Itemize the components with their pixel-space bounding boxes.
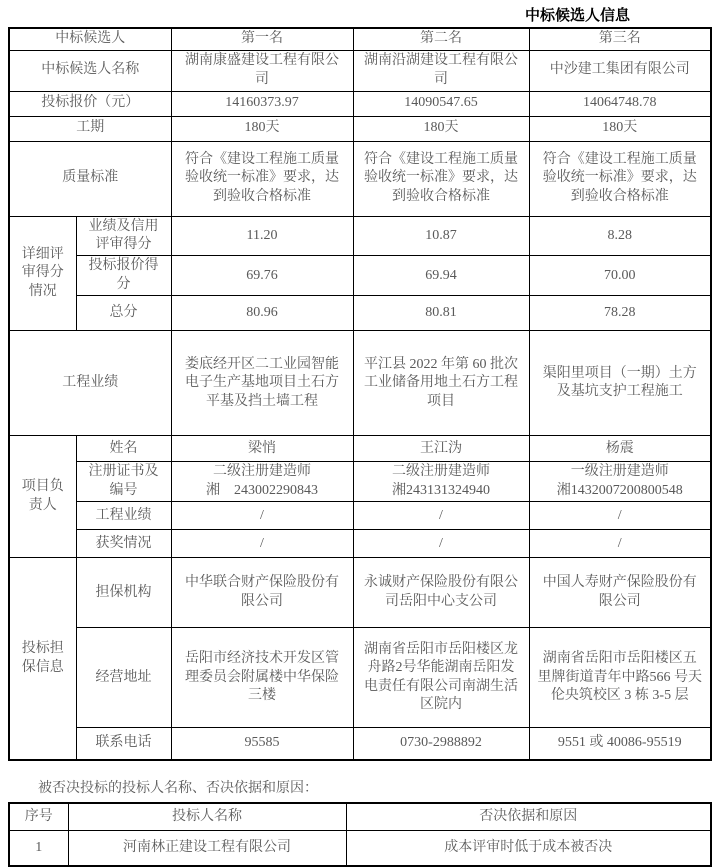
cell-value: 10.87: [353, 216, 529, 256]
cell-value: 平江县 2022 年第 60 批次工业储备用地土石方工程项目: [353, 331, 529, 436]
rank-header-2: 第二名: [353, 28, 529, 50]
corner-label: 中标候选人: [9, 28, 171, 50]
table-row: 工期 180天 180天 180天: [9, 116, 711, 141]
cell-value: 8.28: [529, 216, 711, 256]
table-row: 注册证书及编号 二级注册建造师 湘 243002290843 二级注册建造师 湘…: [9, 462, 711, 502]
row-label: 投标报价（元）: [9, 91, 171, 116]
table-row: 经营地址 岳阳市经济技术开发区管理委员会附属楼中华保险三楼 湖南省岳阳市岳阳楼区…: [9, 628, 711, 728]
row-label: 获奖情况: [76, 530, 171, 558]
cell-value: 70.00: [529, 256, 711, 296]
row-label: 工期: [9, 116, 171, 141]
cell-value: 中沙建工集团有限公司: [529, 50, 711, 91]
cell-value: 9551 或 40086-95519: [529, 728, 711, 760]
cell-seq: 1: [9, 831, 68, 866]
cell-value: 渠阳里项目（一期）土方及基坑支护工程施工: [529, 331, 711, 436]
cell-value: 中国人寿财产保险股份有限公司: [529, 558, 711, 628]
table-row: 中标候选人 第一名 第二名 第三名: [9, 28, 711, 50]
table-row: 获奖情况 / / /: [9, 530, 711, 558]
cell-value: 一级注册建造师 湘1432007200800548: [529, 462, 711, 502]
cell-value: 78.28: [529, 296, 711, 331]
table-row: 质量标准 符合《建设工程施工质量验收统一标准》要求，达到验收合格标准 符合《建设…: [9, 141, 711, 216]
row-label: 质量标准: [9, 141, 171, 216]
cell-value: 中华联合财产保险股份有限公司: [171, 558, 353, 628]
row-label: 担保机构: [76, 558, 171, 628]
section-label-scores: 详细评审得分情况: [9, 216, 76, 331]
cell-value: 95585: [171, 728, 353, 760]
cell-value: 80.81: [353, 296, 529, 331]
row-label: 业绩及信用评审得分: [76, 216, 171, 256]
table-row: 总分 80.96 80.81 78.28: [9, 296, 711, 331]
cell-value: /: [353, 530, 529, 558]
rank-header-1: 第一名: [171, 28, 353, 50]
cell-value: 湖南省岳阳市岳阳楼区龙舟路2号华能湖南岳阳发电责任有限公司南湖生活区院内: [353, 628, 529, 728]
cell-value: 180天: [529, 116, 711, 141]
candidates-table: 中标候选人 第一名 第二名 第三名 中标候选人名称 湖南康盛建设工程有限公司 湖…: [8, 27, 712, 761]
col-header-bidder: 投标人名称: [68, 803, 346, 831]
col-header-seq: 序号: [9, 803, 68, 831]
cell-value: 王江沩: [353, 436, 529, 462]
cell-value: 符合《建设工程施工质量验收统一标准》要求，达到验收合格标准: [529, 141, 711, 216]
table-row: 中标候选人名称 湖南康盛建设工程有限公司 湖南沿湖建设工程有限公司 中沙建工集团…: [9, 50, 711, 91]
cell-value: 69.76: [171, 256, 353, 296]
cell-value: 二级注册建造师 湘243131324940: [353, 462, 529, 502]
table-row: 工程业绩 / / /: [9, 502, 711, 530]
cell-value: 湖南省岳阳市岳阳楼区五里牌街道青年中路566 号天伦央筑校区 3 栋 3-5 层: [529, 628, 711, 728]
row-label: 联系电话: [76, 728, 171, 760]
rejected-table: 序号 投标人名称 否决依据和原因 1 河南林正建设工程有限公司 成本评审时低于成…: [8, 802, 712, 867]
cell-value: 180天: [353, 116, 529, 141]
cell-value: 湖南沿湖建设工程有限公司: [353, 50, 529, 91]
cell-value: 二级注册建造师 湘 243002290843: [171, 462, 353, 502]
cell-value: /: [171, 502, 353, 530]
cell-value: /: [529, 530, 711, 558]
cell-value: 永诚财产保险股份有限公司岳阳中心支公司: [353, 558, 529, 628]
cell-value: /: [529, 502, 711, 530]
row-label: 工程业绩: [76, 502, 171, 530]
row-label: 总分: [76, 296, 171, 331]
table-row: 投标报价（元） 14160373.97 14090547.65 14064748…: [9, 91, 711, 116]
table-row: 序号 投标人名称 否决依据和原因: [9, 803, 711, 831]
section-label-manager: 项目负责人: [9, 436, 76, 558]
table-row: 工程业绩 娄底经开区二工业园智能电子生产基地项目土石方平基及挡土墙工程 平江县 …: [9, 331, 711, 436]
rejected-caption: 被否决投标的投标人名称、否决依据和原因：: [38, 777, 710, 797]
cell-value: 180天: [171, 116, 353, 141]
cell-value: 11.20: [171, 216, 353, 256]
cell-value: 80.96: [171, 296, 353, 331]
cell-value: 0730-2988892: [353, 728, 529, 760]
row-label: 经营地址: [76, 628, 171, 728]
table-row: 投标报价得分 69.76 69.94 70.00: [9, 256, 711, 296]
cell-value: /: [171, 530, 353, 558]
cell-value: 符合《建设工程施工质量验收统一标准》要求，达到验收合格标准: [353, 141, 529, 216]
cell-value: 符合《建设工程施工质量验收统一标准》要求，达到验收合格标准: [171, 141, 353, 216]
row-label: 工程业绩: [9, 331, 171, 436]
row-label: 投标报价得分: [76, 256, 171, 296]
row-label: 注册证书及编号: [76, 462, 171, 502]
cell-value: 岳阳市经济技术开发区管理委员会附属楼中华保险三楼: [171, 628, 353, 728]
table-row: 联系电话 95585 0730-2988892 9551 或 40086-955…: [9, 728, 711, 760]
cell-bidder: 河南林正建设工程有限公司: [68, 831, 346, 866]
cell-value: 杨震: [529, 436, 711, 462]
cell-reason: 成本评审时低于成本被否决: [346, 831, 711, 866]
rank-header-3: 第三名: [529, 28, 711, 50]
page: 中标候选人信息 中标候选人 第一名 第二名 第三名 中标候选人名称 湖南康盛建设…: [0, 0, 715, 867]
cell-value: 14064748.78: [529, 91, 711, 116]
row-label: 姓名: [76, 436, 171, 462]
cell-value: 娄底经开区二工业园智能电子生产基地项目土石方平基及挡土墙工程: [171, 331, 353, 436]
cell-value: 14160373.97: [171, 91, 353, 116]
cell-value: 69.94: [353, 256, 529, 296]
page-title: 中标候选人信息: [8, 4, 710, 25]
cell-value: 梁悄: [171, 436, 353, 462]
table-row: 项目负责人 姓名 梁悄 王江沩 杨震: [9, 436, 711, 462]
cell-value: /: [353, 502, 529, 530]
table-row: 详细评审得分情况 业绩及信用评审得分 11.20 10.87 8.28: [9, 216, 711, 256]
col-header-reason: 否决依据和原因: [346, 803, 711, 831]
section-label-guarantee: 投标担保信息: [9, 558, 76, 760]
cell-value: 湖南康盛建设工程有限公司: [171, 50, 353, 91]
row-label: 中标候选人名称: [9, 50, 171, 91]
table-row: 投标担保信息 担保机构 中华联合财产保险股份有限公司 永诚财产保险股份有限公司岳…: [9, 558, 711, 628]
table-row: 1 河南林正建设工程有限公司 成本评审时低于成本被否决: [9, 831, 711, 866]
cell-value: 14090547.65: [353, 91, 529, 116]
